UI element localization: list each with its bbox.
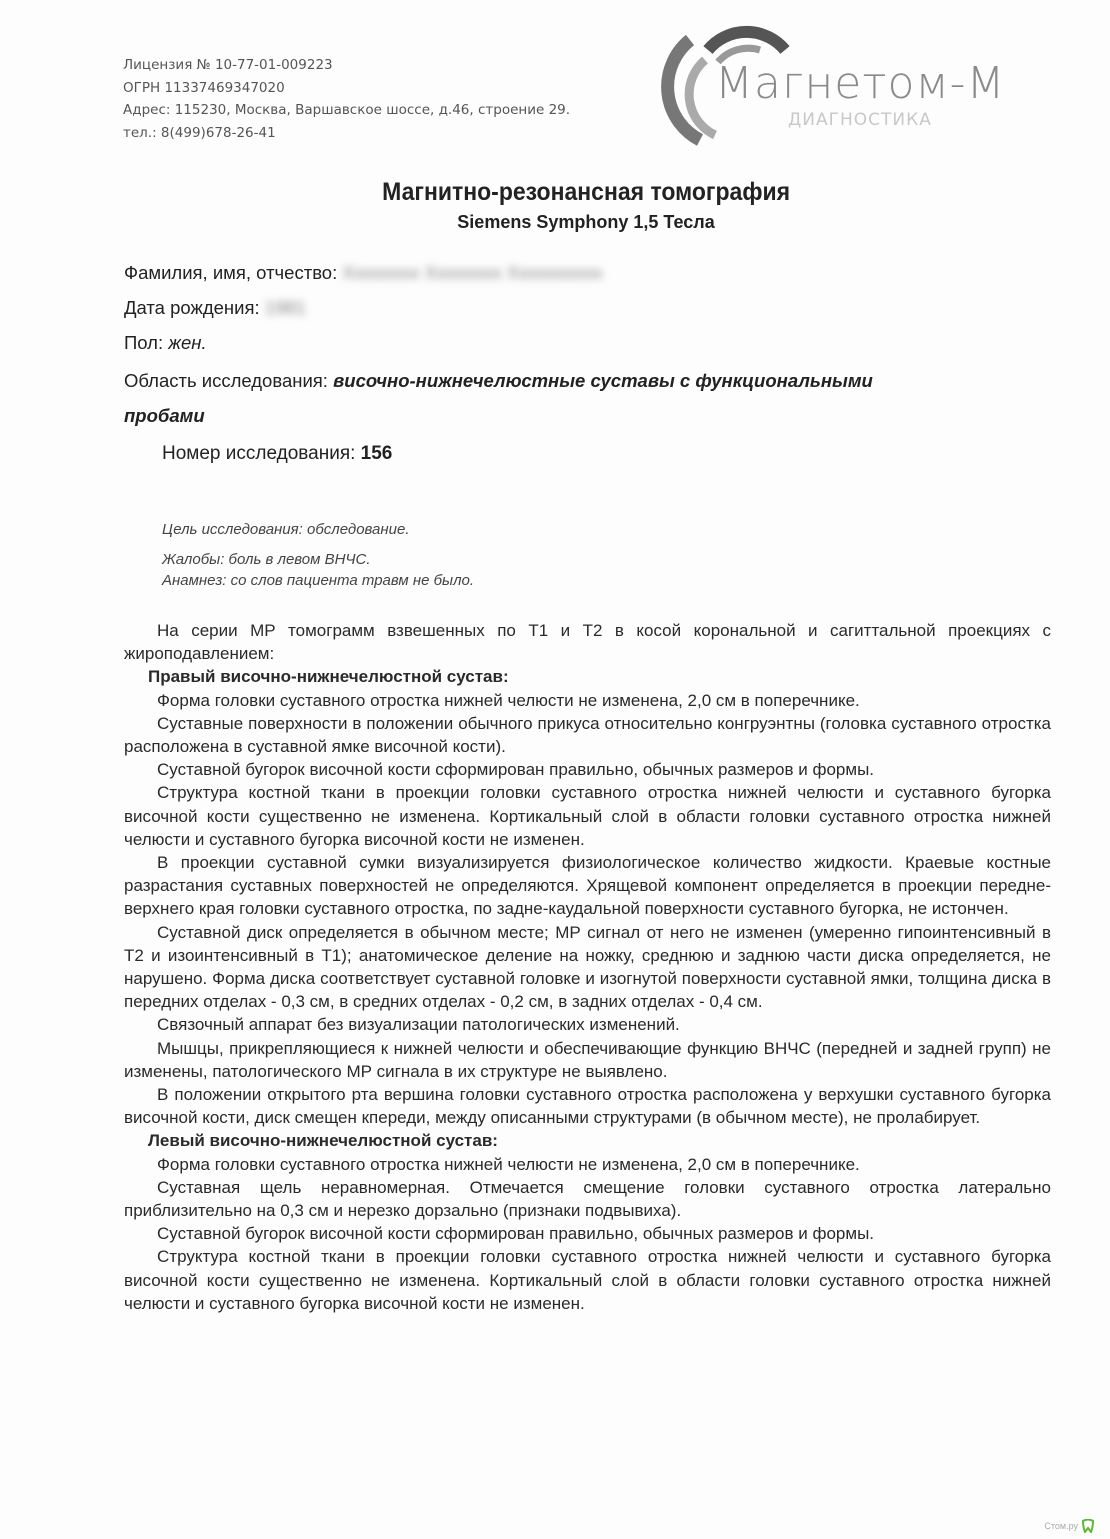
patient-name-row: Фамилия, имя, отчество: Xxxxxxxx Xxxxxxx… [124,262,602,284]
clinic-phone: тел.: 8(499)678-26-41 [123,122,570,145]
complaints: Жалобы: боль в левом ВНЧС. [162,549,474,570]
area-label: Область исследования: [124,370,328,391]
scanned-document: Лицензия № 10-77-01-009223 ОГРН 11337469… [0,0,1110,1539]
right-finding: Суставные поверхности в положении обычно… [124,712,1051,758]
findings-intro: На серии МР томограмм взвешенных по Т1 и… [124,619,1051,665]
right-finding: Структура костной ткани в проекции голов… [124,781,1051,851]
exam-number-value: 156 [361,443,393,464]
area-value: височно-нижнечелюстные суставы с функцио… [333,370,873,391]
sex-row: Пол: жен. [124,332,207,354]
clinic-info: Лицензия № 10-77-01-009223 ОГРН 11337469… [123,54,570,144]
clinical-notes: Цель исследования: обследование. Жалобы:… [162,519,474,591]
right-joint-heading: Правый височно-нижнечелюстной сустав: [124,665,1051,688]
right-finding: Суставной диск определяется в обычном ме… [124,921,1051,1014]
exam-goal: Цель исследования: обследование. [162,519,474,540]
report-title: Магнитно-резонансная томография [47,178,1110,207]
anamnesis: Анамнез: со слов пациента травм не было. [162,570,474,591]
sex-label: Пол: [124,332,163,353]
right-finding: Суставной бугорок височной кости сформир… [124,758,1051,781]
right-finding: Форма головки суставного отростка нижней… [124,689,1051,712]
left-joint-heading: Левый височно-нижнечелюстной сустав: [124,1129,1051,1152]
patient-name-label: Фамилия, имя, отчество: [124,262,337,283]
right-finding: В проекции суставной сумки визуализирует… [124,851,1051,921]
exam-number-label: Номер исследования: [162,443,355,464]
clinic-address: Адрес: 115230, Москва, Варшавское шоссе,… [123,99,570,122]
left-finding: Структура костной ткани в проекции голов… [124,1245,1051,1315]
findings: На серии МР томограмм взвешенных по Т1 и… [124,619,1051,1315]
logo-subtitle: ДИАГНОСТИКА [788,110,932,130]
sex-value: жен. [168,332,206,353]
patient-name-value: Xxxxxxxx Xxxxxxxx Xxxxxxxxxx [342,262,602,283]
ogrn-number: ОГРН 11337469347020 [123,77,570,100]
dob-row: Дата рождения: 1981 [124,297,306,319]
license-number: Лицензия № 10-77-01-009223 [123,54,570,77]
clinic-logo: Магнетом-М ДИАГНОСТИКА [660,20,1040,160]
left-finding: Суставная щель неравномерная. Отмечается… [124,1176,1051,1222]
right-finding: Связочный аппарат без визуализации патол… [124,1013,1051,1036]
exam-number-row: Номер исследования: 156 [162,443,392,465]
dob-value: 1981 [265,297,306,318]
report-subtitle: Siemens Symphony 1,5 Тесла [0,212,1110,233]
logo-name: Магнетом-М [715,58,1005,109]
watermark-text: Стом.ру [1044,1521,1078,1531]
left-finding: Суставной бугорок височной кости сформир… [124,1222,1051,1245]
watermark: Стом.ру [1044,1519,1094,1533]
area-row: Область исследования: височно-нижнечелюс… [124,370,873,392]
tooth-icon [1082,1519,1094,1533]
right-finding: В положении открытого рта вершина головк… [124,1083,1051,1129]
left-finding: Форма головки суставного отростка нижней… [124,1153,1051,1176]
right-finding: Мышцы, прикрепляющиеся к нижней челюсти … [124,1037,1051,1083]
area-value-cont: пробами [124,405,205,427]
dob-label: Дата рождения: [124,297,260,318]
